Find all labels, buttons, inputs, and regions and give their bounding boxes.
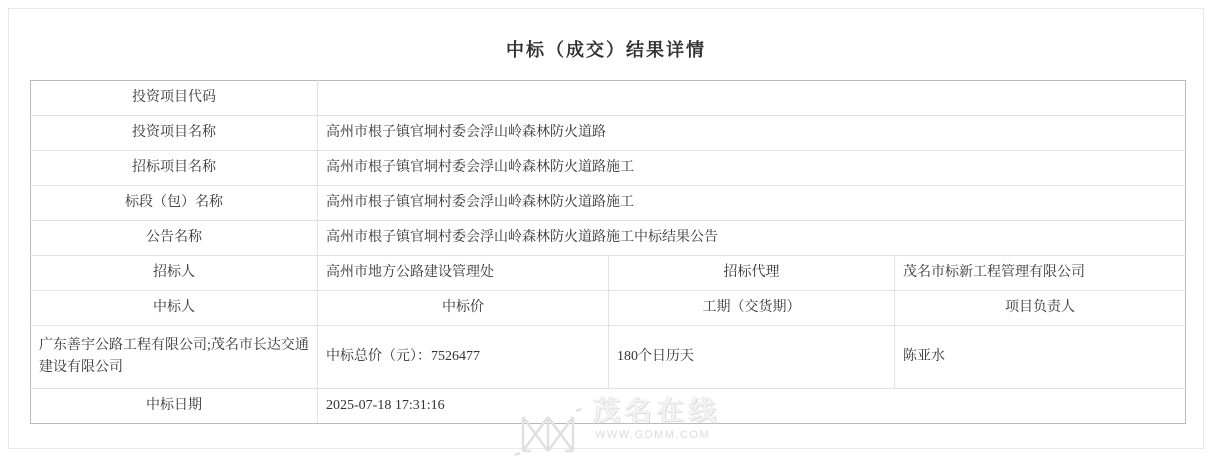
table-row: 招标项目名称 高州市根子镇官垌村委会浮山岭森林防火道路施工	[31, 151, 1186, 186]
label-investment-project-name: 投资项目名称	[31, 116, 318, 151]
label-tenderer: 招标人	[31, 256, 318, 291]
label-section-name: 标段（包）名称	[31, 186, 318, 221]
value-tender-project-name: 高州市根子镇官垌村委会浮山岭森林防火道路施工	[318, 151, 1186, 186]
value-investment-project-code	[318, 81, 1186, 116]
table-row: 公告名称 高州市根子镇官垌村委会浮山岭森林防火道路施工中标结果公告	[31, 221, 1186, 256]
value-tender-agent: 茂名市标新工程管理有限公司	[895, 256, 1186, 291]
value-winner: 广东善宇公路工程有限公司;茂名市长达交通建设有限公司	[31, 326, 318, 389]
page-title: 中标（成交）结果详情	[9, 36, 1203, 62]
label-tender-agent: 招标代理	[609, 256, 895, 291]
page-container: 中标（成交）结果详情 投资项目代码 投资项目名称 高州市根子镇官垌村委会浮山岭森…	[8, 8, 1204, 449]
label-bid-date: 中标日期	[31, 389, 318, 424]
header-duration: 工期（交货期）	[609, 291, 895, 326]
value-bid-price: 中标总价（元）：7526477	[318, 326, 609, 389]
value-section-name: 高州市根子镇官垌村委会浮山岭森林防火道路施工	[318, 186, 1186, 221]
value-bid-date: 2025-07-18 17:31:16	[318, 389, 1186, 424]
watermark-site-url: WWW.GDMM.COM	[595, 429, 721, 441]
table-row: 招标人 高州市地方公路建设管理处 招标代理 茂名市标新工程管理有限公司	[31, 256, 1186, 291]
label-announcement-name: 公告名称	[31, 221, 318, 256]
table-row: 投资项目代码	[31, 81, 1186, 116]
table-row: 投资项目名称 高州市根子镇官垌村委会浮山岭森林防火道路	[31, 116, 1186, 151]
table-row: 标段（包）名称 高州市根子镇官垌村委会浮山岭森林防火道路施工	[31, 186, 1186, 221]
value-tenderer: 高州市地方公路建设管理处	[318, 256, 609, 291]
bid-result-table: 投资项目代码 投资项目名称 高州市根子镇官垌村委会浮山岭森林防火道路 招标项目名…	[30, 80, 1186, 424]
header-project-manager: 项目负责人	[895, 291, 1186, 326]
value-project-manager: 陈亚水	[895, 326, 1186, 389]
header-winner: 中标人	[31, 291, 318, 326]
table-row: 中标日期 2025-07-18 17:31:16	[31, 389, 1186, 424]
value-duration: 180个日历天	[609, 326, 895, 389]
value-investment-project-name: 高州市根子镇官垌村委会浮山岭森林防火道路	[318, 116, 1186, 151]
label-investment-project-code: 投资项目代码	[31, 81, 318, 116]
header-bid-price: 中标价	[318, 291, 609, 326]
table-header-row: 中标人 中标价 工期（交货期） 项目负责人	[31, 291, 1186, 326]
value-announcement-name: 高州市根子镇官垌村委会浮山岭森林防火道路施工中标结果公告	[318, 221, 1186, 256]
table-row: 广东善宇公路工程有限公司;茂名市长达交通建设有限公司 中标总价（元）：75264…	[31, 326, 1186, 389]
label-tender-project-name: 招标项目名称	[31, 151, 318, 186]
